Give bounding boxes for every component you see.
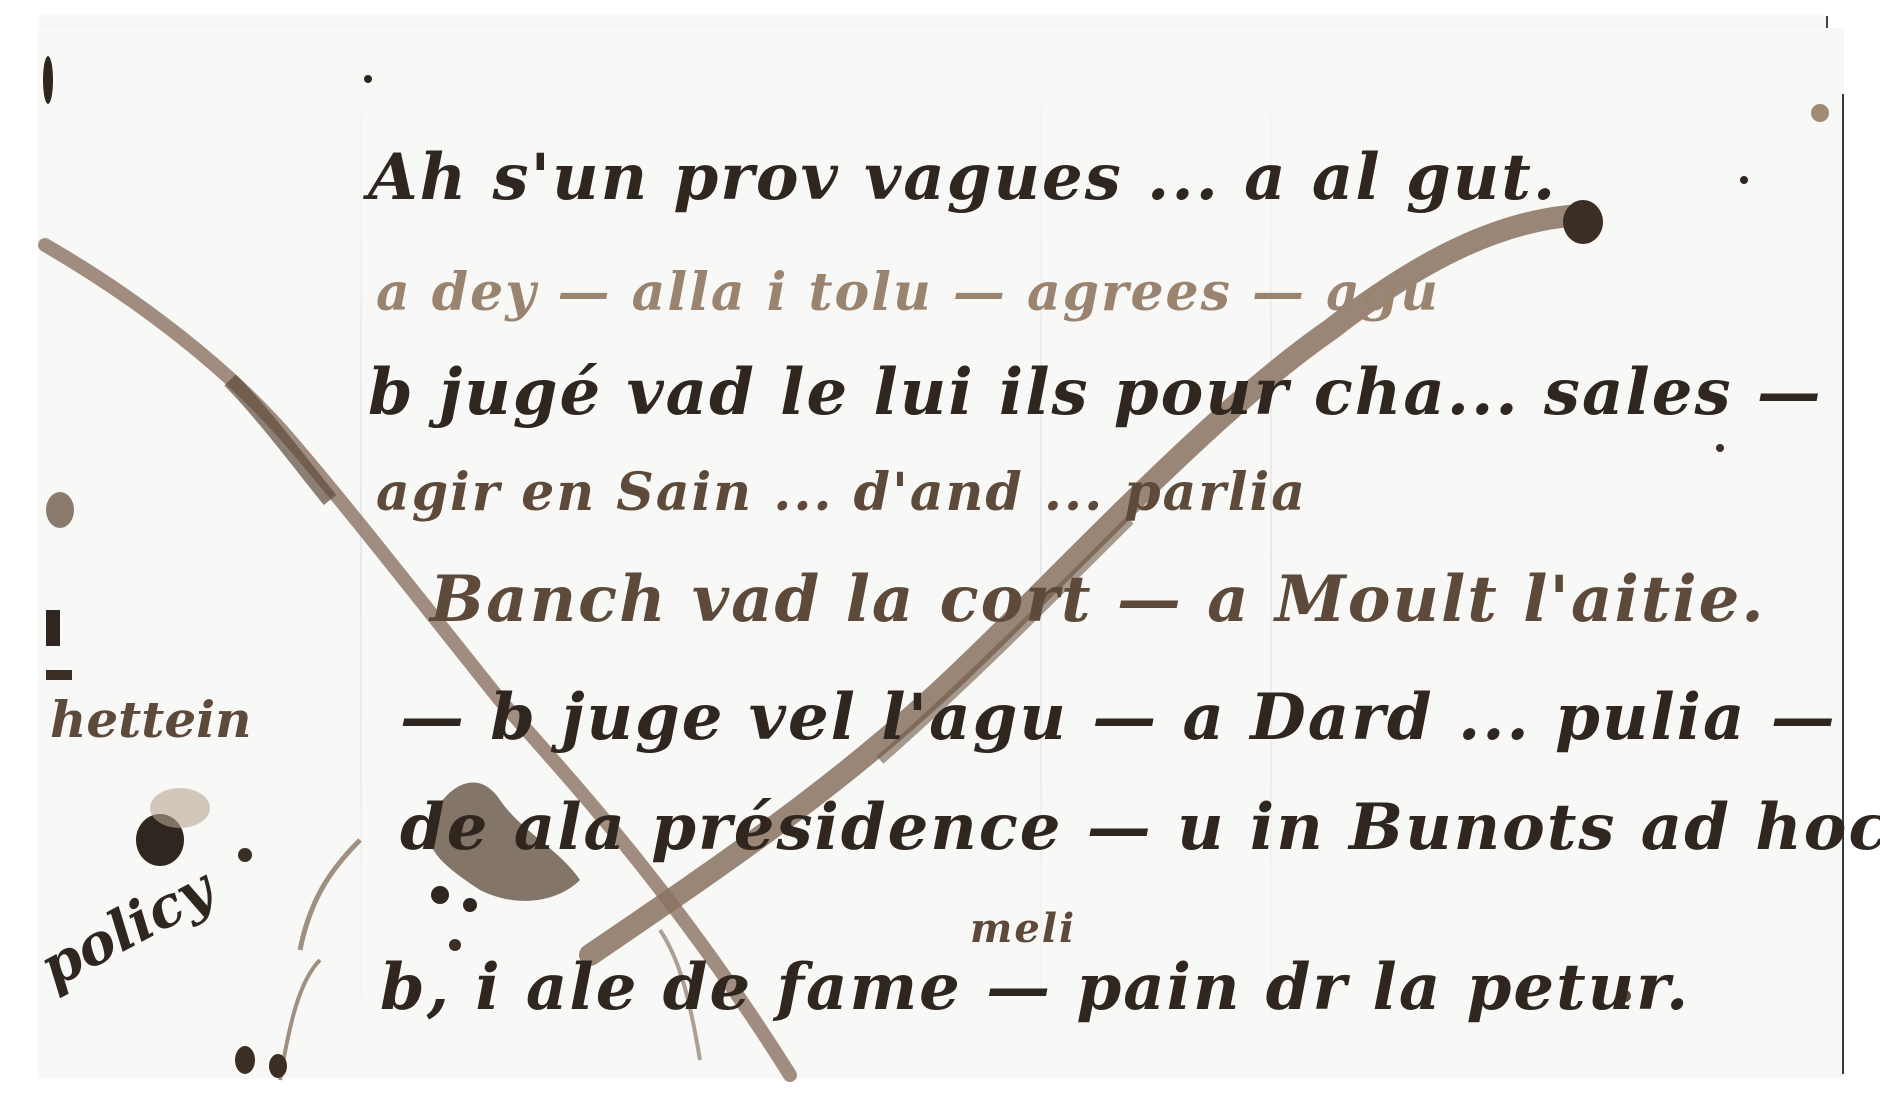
manuscript-superscript: meli xyxy=(970,905,1076,952)
manuscript-line: Banch vad la cort — a Moult l'aitie. xyxy=(430,562,1766,637)
margin-note: hettein xyxy=(50,690,252,749)
manuscript-line: agir en Sain ... d'and ... parlia xyxy=(376,462,1307,523)
manuscript-line: a dey — alla i tolu — agrees — agu xyxy=(376,262,1440,323)
manuscript-line: b jugé vad le lui ils pour cha... sales … xyxy=(368,355,1823,430)
manuscript-line: Ah s'un prov vagues ... a al gut. xyxy=(368,140,1557,215)
manuscript-line: b, i ale de fame — pain dr la petur. xyxy=(380,950,1690,1025)
manuscript-line: de ala présidence — u in Bunots ad hoc xyxy=(400,790,1880,865)
manuscript-line: — b juge vel l'agu — a Dard ... pulia — xyxy=(400,680,1837,755)
